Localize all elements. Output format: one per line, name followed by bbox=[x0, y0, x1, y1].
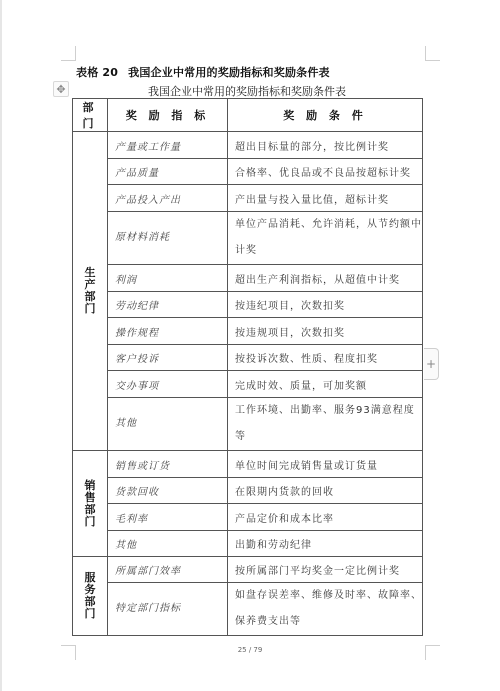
table-row: 其他 工作环境、出勤率、服务93满意程度等 bbox=[73, 398, 423, 451]
dept-cell-sales: 销售部门 bbox=[73, 451, 108, 557]
condition-cell: 超出生产利润指标，从超值中计奖 bbox=[228, 265, 423, 292]
table-row: 交办事项 完成时效、质量，可加奖额 bbox=[73, 371, 423, 398]
indicator-cell: 操作规程 bbox=[108, 318, 228, 345]
indicator-cell: 交办事项 bbox=[108, 371, 228, 398]
page-edge bbox=[0, 0, 2, 691]
condition-cell: 超出目标量的部分，按比例计奖 bbox=[228, 132, 423, 159]
table-row: 劳动纪律 按违纪项目，次数扣奖 bbox=[73, 292, 423, 318]
indicator-cell: 毛利率 bbox=[108, 504, 228, 531]
condition-cell: 单位时间完成销售量或订货量 bbox=[228, 451, 423, 478]
condition-cell: 按所属部门平均奖金一定比例计奖 bbox=[228, 557, 423, 583]
move-icon: ✥ bbox=[56, 84, 65, 95]
indicator-cell: 劳动纪律 bbox=[108, 292, 228, 318]
condition-cell: 完成时效、质量，可加奖额 bbox=[228, 371, 423, 398]
table-caption: 表格 20我国企业中常用的奖励指标和奖励条件表 bbox=[76, 64, 330, 80]
indicator-cell: 产品投入产出 bbox=[108, 185, 228, 212]
indicator-cell: 销售或订货 bbox=[108, 451, 228, 478]
indicator-cell: 客户投诉 bbox=[108, 345, 228, 371]
dept-cell-service: 服务部门 bbox=[73, 557, 108, 636]
reward-table: 部 门 奖 励 指 标 奖 励 条 件 生产部门 产量或工作量 超出目标量的部分… bbox=[72, 98, 423, 636]
dept-cell-production: 生产部门 bbox=[73, 132, 108, 451]
header-row: 部 门 奖 励 指 标 奖 励 条 件 bbox=[73, 99, 423, 132]
margin-corner-top-left bbox=[61, 46, 76, 61]
header-dept: 部 门 bbox=[73, 99, 108, 132]
caption-number: 表格 20 bbox=[76, 66, 118, 79]
table-title: 我国企业中常用的奖励指标和奖励条件表 bbox=[72, 83, 422, 99]
table-row: 毛利率 产品定价和成本比率 bbox=[73, 504, 423, 531]
indicator-cell: 特定部门指标 bbox=[108, 583, 228, 636]
condition-cell: 按违纪项目，次数扣奖 bbox=[228, 292, 423, 318]
condition-cell: 合格率、优良品或不良品按超标计奖 bbox=[228, 159, 423, 185]
table-row: 生产部门 产量或工作量 超出目标量的部分，按比例计奖 bbox=[73, 132, 423, 159]
indicator-cell: 原材料消耗 bbox=[108, 212, 228, 265]
condition-cell: 在限期内货款的回收 bbox=[228, 478, 423, 504]
table-row: 特定部门指标 如盘存误差率、维修及时率、故障率、保养费支出等 bbox=[73, 583, 423, 636]
table-row: 利润 超出生产利润指标，从超值中计奖 bbox=[73, 265, 423, 292]
condition-cell: 如盘存误差率、维修及时率、故障率、保养费支出等 bbox=[228, 583, 423, 636]
table-row: 客户投诉 按投诉次数、性质、程度扣奖 bbox=[73, 345, 423, 371]
condition-cell: 出勤和劳动纪律 bbox=[228, 531, 423, 557]
table-move-handle[interactable]: ✥ bbox=[53, 81, 69, 97]
indicator-cell: 货款回收 bbox=[108, 478, 228, 504]
table-row: 货款回收 在限期内货款的回收 bbox=[73, 478, 423, 504]
caption-text: 我国企业中常用的奖励指标和奖励条件表 bbox=[128, 66, 330, 79]
table-row: 产品质量 合格率、优良品或不良品按超标计奖 bbox=[73, 159, 423, 185]
table-row: 销售部门 销售或订货 单位时间完成销售量或订货量 bbox=[73, 451, 423, 478]
margin-corner-top-right bbox=[425, 46, 440, 61]
indicator-cell: 其他 bbox=[108, 398, 228, 451]
indicator-cell: 其他 bbox=[108, 531, 228, 557]
plus-icon: + bbox=[426, 357, 436, 371]
condition-cell: 按违规项目，次数扣奖 bbox=[228, 318, 423, 345]
indicator-cell: 利润 bbox=[108, 265, 228, 292]
condition-cell: 产出量与投入量比值，超标计奖 bbox=[228, 185, 423, 212]
indicator-cell: 产品质量 bbox=[108, 159, 228, 185]
condition-cell: 工作环境、出勤率、服务93满意程度等 bbox=[228, 398, 423, 451]
indicator-cell: 产量或工作量 bbox=[108, 132, 228, 159]
condition-cell: 产品定价和成本比率 bbox=[228, 504, 423, 531]
table-row: 操作规程 按违规项目，次数扣奖 bbox=[73, 318, 423, 345]
header-indicator: 奖 励 指 标 bbox=[108, 99, 228, 132]
table-row: 原材料消耗 单位产品消耗、允许消耗，从节约额中计奖 bbox=[73, 212, 423, 265]
page-indicator: 25 / 79 bbox=[0, 646, 500, 654]
table-row: 服务部门 所属部门效率 按所属部门平均奖金一定比例计奖 bbox=[73, 557, 423, 583]
table-row: 产品投入产出 产出量与投入量比值，超标计奖 bbox=[73, 185, 423, 212]
condition-cell: 按投诉次数、性质、程度扣奖 bbox=[228, 345, 423, 371]
table-row: 其他 出勤和劳动纪律 bbox=[73, 531, 423, 557]
add-row-button[interactable]: + bbox=[424, 348, 439, 380]
indicator-cell: 所属部门效率 bbox=[108, 557, 228, 583]
header-condition: 奖 励 条 件 bbox=[228, 99, 423, 132]
condition-cell: 单位产品消耗、允许消耗，从节约额中计奖 bbox=[228, 212, 423, 265]
